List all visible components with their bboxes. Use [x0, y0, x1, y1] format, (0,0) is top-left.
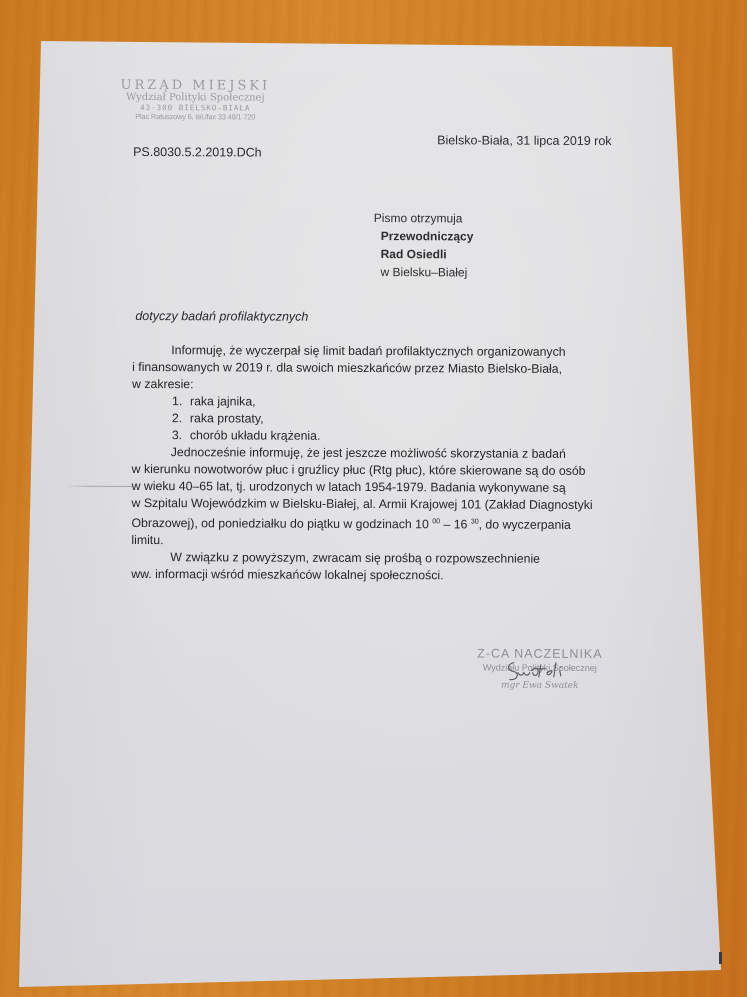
handwritten-signature	[504, 659, 574, 685]
list-number: 2.	[172, 410, 190, 427]
hours-text: , do wyczerpania	[479, 517, 571, 531]
recipient-line-3: w Bielsku–Białej	[374, 263, 474, 281]
body-line: i finansowanych w 2019 r. dla swoich mie…	[132, 359, 620, 378]
examination-list: 1.raka jajnika, 2.raka prostaty, 3.choró…	[132, 393, 620, 446]
list-text: raka prostaty,	[190, 411, 264, 425]
subject-line: dotyczy badań profilaktycznych	[135, 309, 308, 324]
hours-from-minutes: 00	[432, 518, 440, 525]
scan-artifact-line	[66, 486, 138, 487]
body-line: w zakresie:	[132, 376, 620, 395]
list-number: 1.	[172, 393, 190, 410]
stamp-address: Plac Ratuszowy 6, tel./fax 33 49/1 720	[105, 112, 285, 120]
list-item: 1.raka jajnika,	[132, 393, 620, 412]
list-text: raka jajnika,	[190, 394, 256, 408]
stamp-department: Wydział Polityki Społecznej	[105, 93, 285, 104]
body-line: limitu.	[131, 532, 619, 551]
hours-text: Obrazowej), od poniedziałku do piątku w …	[131, 516, 428, 531]
body-line: Jednocześnie informuję, że jest jeszcze …	[132, 444, 620, 463]
stamp-office: URZĄD MIEJSKI	[105, 79, 285, 93]
recipient-intro: Pismo otrzymuja	[374, 209, 474, 227]
office-stamp: URZĄD MIEJSKI Wydział Polityki Społeczne…	[105, 79, 285, 121]
stamp-postal: 43-300 BIELSKO-BIAŁA	[105, 104, 285, 112]
body-line: ww. informacji wśród mieszkańców lokalne…	[131, 566, 619, 585]
recipient-line-1: Przewodniczący	[374, 227, 474, 245]
hours-text: – 16	[440, 517, 467, 531]
list-item: 3.chorób układu krążenia.	[132, 427, 620, 446]
body-line-hours: Obrazowej), od poniedziałku do piątku w …	[131, 512, 619, 534]
recipient-line-2: Rad Osiedli	[374, 245, 474, 263]
letter-body: Informuję, że wyczerpał się limit badań …	[131, 342, 620, 585]
letter-content: URZĄD MIEJSKI Wydział Polityki Społeczne…	[0, 0, 747, 997]
reference-number: PS.8030.5.2.2019.DCh	[133, 145, 262, 160]
hours-to-minutes: 30	[471, 518, 479, 525]
list-text: chorób układu krążenia.	[190, 428, 321, 443]
list-number: 3.	[172, 427, 190, 444]
body-line: w Szpitalu Wojewódzkim w Bielsku-Białej,…	[132, 495, 620, 514]
recipient-block: Pismo otrzymuja Przewodniczący Rad Osied…	[374, 209, 474, 281]
body-line: W związku z powyższym, zwracam się prośb…	[131, 549, 619, 568]
place-date: Bielsko-Biała, 31 lipca 2019 rok	[437, 133, 611, 148]
body-line: Informuję, że wyczerpał się limit badań …	[132, 342, 620, 361]
list-item: 2.raka prostaty,	[132, 410, 620, 429]
body-line: w wieku 40–65 lat, tj. urodzonych w lata…	[132, 478, 620, 497]
body-line: w kierunku nowotworów płuc i gruźlicy pł…	[132, 461, 620, 480]
